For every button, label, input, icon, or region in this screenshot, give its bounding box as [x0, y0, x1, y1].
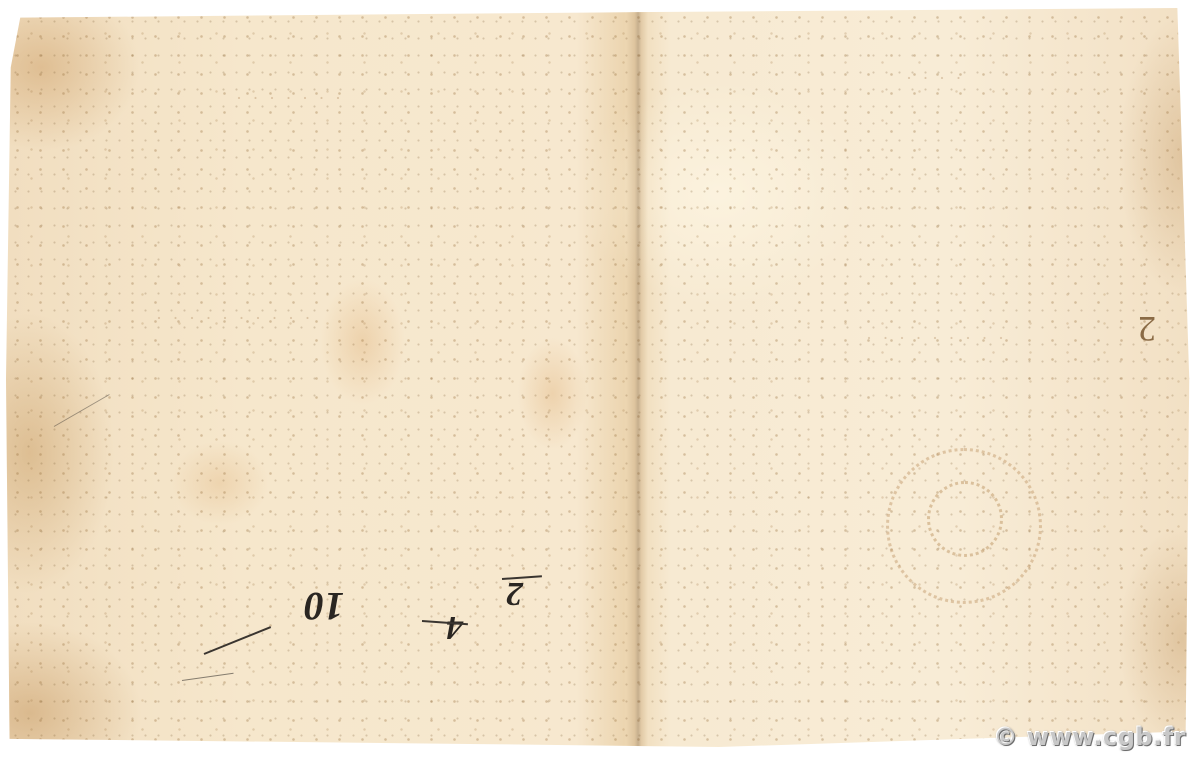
- show-through-text-line: · · · · · · · · · ·: [156, 308, 313, 329]
- handwritten-amount-top: 2: [506, 574, 523, 612]
- vertical-fold-crease: [626, 8, 648, 750]
- show-through-text-line: · · · ·: [906, 68, 964, 89]
- show-through-text-line: · · · · · · · · ·: [866, 328, 1007, 349]
- handwritten-amount-value: 10: [304, 583, 344, 630]
- copyright-watermark: © www.cgb.fr: [994, 723, 1186, 751]
- show-through-text-line: · · · · · · ·: [236, 88, 344, 109]
- embossed-seal-inner-ring: [927, 481, 1003, 557]
- paper-texture: [6, 8, 1194, 750]
- embossed-seal: [886, 448, 1042, 604]
- banknote-paper: · · · · · · · · · · · · · · · · · · · · …: [6, 8, 1194, 750]
- right-edge-mark: 2: [1138, 308, 1156, 350]
- handwritten-amount-symbol: 4: [446, 608, 463, 646]
